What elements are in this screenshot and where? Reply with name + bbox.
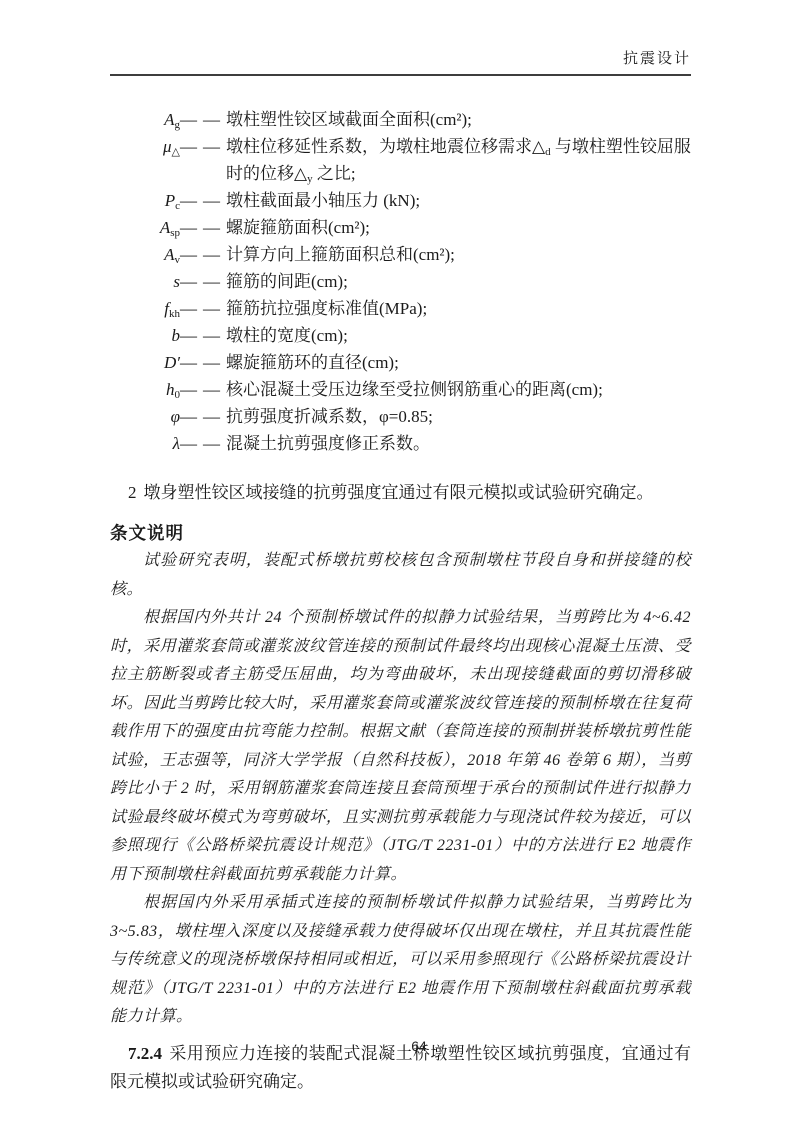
definition-text: 墩柱截面最小轴压力 (kN); [226, 187, 691, 214]
commentary-paragraph: 试验研究表明，装配式桥墩抗剪校核包含预制墩柱节段自身和拼接缝的校核。 [110, 547, 691, 604]
commentary-section: 试验研究表明，装配式桥墩抗剪校核包含预制墩柱节段自身和拼接缝的校核。 根据国内外… [110, 547, 691, 1032]
definition-text: 墩柱塑性铰区域截面全面积(cm²); [226, 106, 691, 133]
definition-dash: —— [180, 376, 226, 403]
definition-row: μ△ —— 墩柱位移延性系数，为墩柱地震位移需求△d 与墩柱塑性铰屈服时的位移△… [110, 133, 691, 187]
definition-dash: —— [180, 133, 226, 187]
symbol: Ag [110, 106, 180, 133]
definition-dash: —— [180, 430, 226, 457]
symbol-base: φ [171, 407, 180, 426]
definition-row: b —— 墩柱的宽度(cm); [110, 322, 691, 349]
symbol-base: μ [163, 137, 172, 156]
page-content: 抗震设计 Ag —— 墩柱塑性铰区域截面全面积(cm²); μ△ —— 墩柱位移… [110, 0, 691, 1096]
symbol-base: P [165, 191, 175, 210]
symbol-subscript: kh [169, 308, 180, 320]
symbol: D′ [110, 349, 180, 376]
definition-dash: —— [180, 349, 226, 376]
definition-dash: —— [180, 106, 226, 133]
definition-text-part: 之比; [313, 164, 356, 183]
definition-text: 计算方向上箍筋面积总和(cm²); [226, 241, 691, 268]
symbol-base: D′ [164, 353, 180, 372]
definition-text-part: 墩柱位移延性系数，为墩柱地震位移需求△ [226, 137, 545, 156]
commentary-paragraph: 根据国内外共计 24 个预制桥墩试件的拟静力试验结果，当剪跨比为 4~6.42 … [110, 604, 691, 889]
definition-dash: —— [180, 295, 226, 322]
definition-text: 螺旋箍筋环的直径(cm); [226, 349, 691, 376]
commentary-heading: 条文说明 [110, 519, 691, 547]
symbol-base: s [173, 272, 180, 291]
symbol-definitions: Ag —— 墩柱塑性铰区域截面全面积(cm²); μ△ —— 墩柱位移延性系数，… [110, 106, 691, 457]
clause-item-2: 2墩身塑性铰区域接缝的抗剪强度宜通过有限元模拟或试验研究确定。 [110, 479, 691, 507]
symbol: h0 [110, 376, 180, 403]
definition-row: Av —— 计算方向上箍筋面积总和(cm²); [110, 241, 691, 268]
symbol-base: b [172, 326, 181, 345]
symbol: fkh [110, 295, 180, 322]
definition-row: λ —— 混凝土抗剪强度修正系数。 [110, 430, 691, 457]
symbol-subscript: sp [170, 227, 180, 239]
definition-row: fkh —— 箍筋抗拉强度标准值(MPa); [110, 295, 691, 322]
symbol: λ [110, 430, 180, 457]
definition-dash: —— [180, 268, 226, 295]
definition-row: Pc —— 墩柱截面最小轴压力 (kN); [110, 187, 691, 214]
running-header: 抗震设计 [110, 0, 691, 76]
symbol-base: A [164, 245, 174, 264]
definition-row: h0 —— 核心混凝土受压边缘至受拉侧钢筋重心的距离(cm); [110, 376, 691, 403]
running-header-title: 抗震设计 [623, 51, 691, 67]
symbol: b [110, 322, 180, 349]
symbol: Asp [110, 214, 180, 241]
symbol-base: A [160, 218, 170, 237]
symbol-subscript: △ [172, 146, 180, 158]
symbol-base: λ [173, 434, 180, 453]
definition-text: 混凝土抗剪强度修正系数。 [226, 430, 691, 457]
definition-dash: —— [180, 187, 226, 214]
clause-text: 墩身塑性铰区域接缝的抗剪强度宜通过有限元模拟或试验研究确定。 [144, 483, 654, 502]
definition-text: 墩柱位移延性系数，为墩柱地震位移需求△d 与墩柱塑性铰屈服时的位移△y 之比; [226, 133, 691, 187]
commentary-paragraph: 根据国内外采用承插式连接的预制桥墩试件拟静力试验结果，当剪跨比为 3~5.83，… [110, 889, 691, 1032]
symbol-base: A [164, 110, 174, 129]
definition-dash: —— [180, 241, 226, 268]
definition-row: Ag —— 墩柱塑性铰区域截面全面积(cm²); [110, 106, 691, 133]
symbol-base: h [166, 380, 175, 399]
definition-row: φ —— 抗剪强度折减系数，φ=0.85; [110, 403, 691, 430]
definition-dash: —— [180, 322, 226, 349]
definition-row: Asp —— 螺旋箍筋面积(cm²); [110, 214, 691, 241]
definition-dash: —— [180, 403, 226, 430]
symbol: Pc [110, 187, 180, 214]
definition-text: 螺旋箍筋面积(cm²); [226, 214, 691, 241]
definition-text: 箍筋的间距(cm); [226, 268, 691, 295]
definition-row: D′ —— 螺旋箍筋环的直径(cm); [110, 349, 691, 376]
definition-text: 核心混凝土受压边缘至受拉侧钢筋重心的距离(cm); [226, 376, 691, 403]
definition-text: 墩柱的宽度(cm); [226, 322, 691, 349]
symbol: Av [110, 241, 180, 268]
symbol: φ [110, 403, 180, 430]
definition-text: 箍筋抗拉强度标准值(MPa); [226, 295, 691, 322]
document-page: 抗震设计 Ag —— 墩柱塑性铰区域截面全面积(cm²); μ△ —— 墩柱位移… [0, 0, 793, 1122]
definition-dash: —— [180, 214, 226, 241]
definition-row: s —— 箍筋的间距(cm); [110, 268, 691, 295]
symbol: s [110, 268, 180, 295]
page-number: 64 [0, 1038, 793, 1054]
symbol: μ△ [110, 133, 180, 187]
clause-number: 2 [128, 483, 137, 502]
definition-text: 抗剪强度折减系数，φ=0.85; [226, 403, 691, 430]
